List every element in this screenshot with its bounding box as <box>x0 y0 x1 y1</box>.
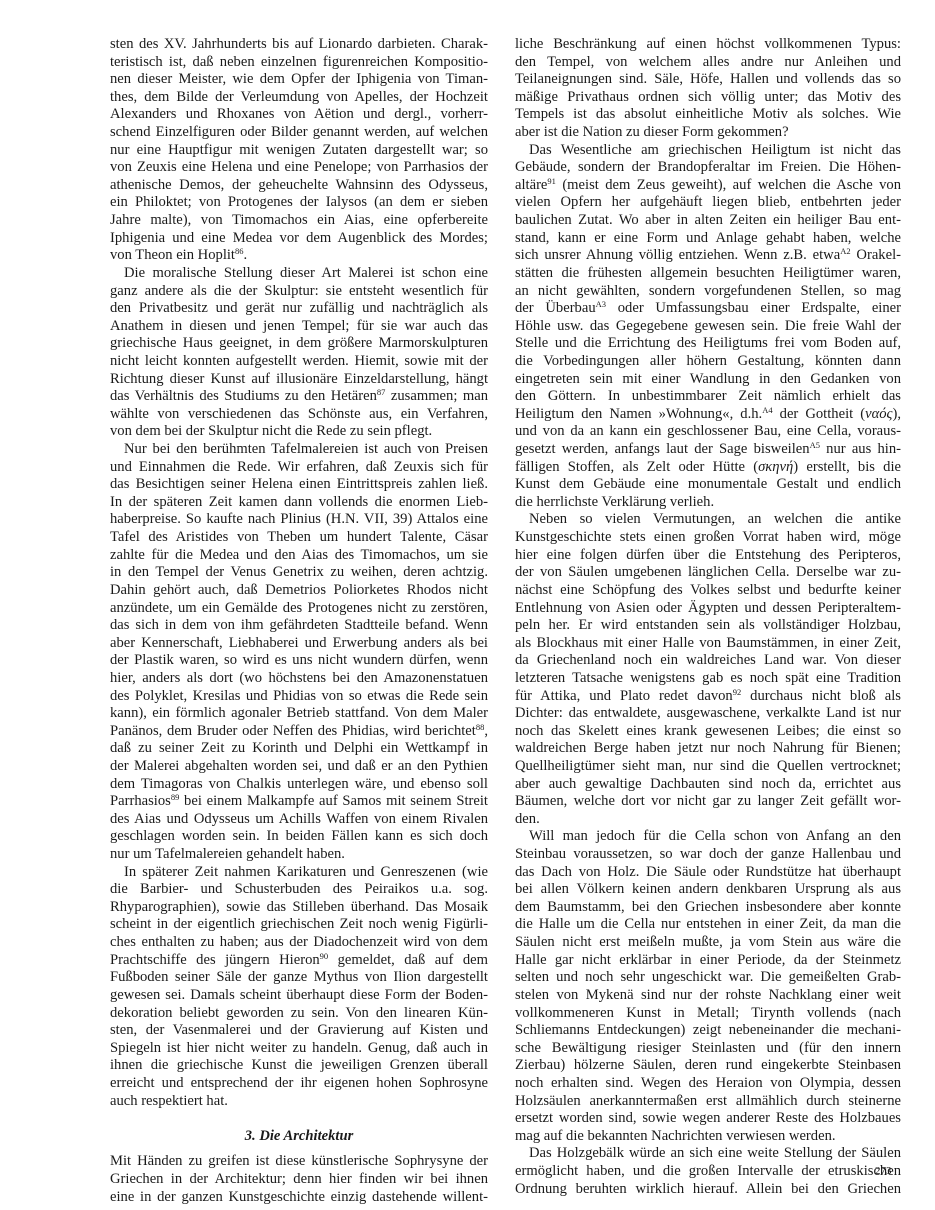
text-line: des Aias und Odysseus um Achills Waffen … <box>110 811 488 829</box>
text-line: Quellheiligtümer sieht man, nur sind die… <box>515 758 901 776</box>
line-text: gesetzt werden, anfangs laut der Sage bi… <box>515 441 810 457</box>
text-line: vielen Opfern her aufgehäuft liegen blie… <box>515 194 901 212</box>
text-line: den Tempel, von welchem alles andre nur … <box>515 54 901 72</box>
line-text: ganz andere als die der Skulptur: sie en… <box>110 283 488 299</box>
text-line: mag auf die bekannten Nachrichten verwie… <box>515 1128 901 1146</box>
text-line: Will man jedoch für die Cella schon von … <box>515 828 901 846</box>
text-line: Entlehnung von Asien oder Ägypten und de… <box>515 600 901 618</box>
line-text: von dem bei der Skulptur nicht die Rede … <box>110 423 432 439</box>
line-text: noch erhalten sind. Wegen des Heraion vo… <box>515 1075 901 1091</box>
text-line: Kunst dem Gebäude eine monumentale Gesta… <box>515 476 901 494</box>
text-line: Holzsäulen anerkanntermaßen erst allmähl… <box>515 1093 901 1111</box>
text-line: Spiegeln ist hier nicht weiter zu handel… <box>110 1040 488 1058</box>
line-text: Halle gar nicht erklärbar in einer Perio… <box>515 952 901 968</box>
line-text: altäre <box>515 177 547 193</box>
text-line: eingetreten sein mit einer Wandlung in d… <box>515 371 901 389</box>
text-line: aber auch gewaltige Dachbauten sind noch… <box>515 776 901 794</box>
text-line: hier eine folgen dürfen über die Entsteh… <box>515 547 901 565</box>
text-line: den. <box>515 811 901 829</box>
line-text-continued: durchaus nicht bloß als <box>741 688 901 704</box>
text-line: Iphigenia und eine Medea vor dem Augenbl… <box>110 230 488 248</box>
line-text: erreicht und entsprechend der ihr eigene… <box>110 1075 488 1091</box>
line-text: thes, dem Bilde der Verleumdung von Apel… <box>110 89 488 105</box>
line-text: liche Beschränkung auf einen höchst voll… <box>515 36 901 52</box>
line-text: sche Bewältigung riesiger Steinlasten un… <box>515 1040 901 1056</box>
text-line: fälligen Stoffen, als Zelt oder Hütte (σ… <box>515 459 901 477</box>
text-line: stand, kann er eine Form und Anlage geha… <box>515 230 901 248</box>
line-text: zahlte für die Medea und den Aias des Ti… <box>110 547 488 563</box>
line-text-continued: zusammen; man <box>385 388 488 404</box>
line-text: in den Tempel der Venus Genetrix zu weih… <box>110 564 488 580</box>
line-text: Dichter: das entwaldete, ausgewaschene, … <box>515 705 901 721</box>
text-line: Dahin gehört auch, daß Demetrios Poliork… <box>110 582 488 600</box>
text-line: den Göttern. In unbestimmbarer Zeit näml… <box>515 388 901 406</box>
section-heading: 3. Die Architektur <box>110 1128 488 1146</box>
line-text: aber auch gewaltige Dachbauten sind noch… <box>515 776 901 792</box>
line-text: das Besichtigen seiner Helena einen Eint… <box>110 476 488 492</box>
line-text: teristisch ist, daß neben einzelnen figu… <box>110 54 488 70</box>
line-text: Stelle und die Errichtung des Heiligtums… <box>515 335 901 351</box>
text-line: Schliemanns Entdeckungen) zeigt nebenein… <box>515 1022 901 1040</box>
footnote-marker: A2 <box>840 246 850 256</box>
text-line: erreicht und entsprechend der ihr eigene… <box>110 1075 488 1093</box>
text-line: und Einnahmen die Rede. Wir erfahren, da… <box>110 459 488 477</box>
line-text: waldreichen Berge haben jetzt nur noch N… <box>515 740 901 756</box>
line-text: Säulen nicht erst meißeln mußte, ja vom … <box>515 934 901 950</box>
line-text: nächst eine Schöpfung des Volkes selbst … <box>515 582 901 598</box>
line-text-continued: , <box>484 723 488 739</box>
line-text: aber ist die Nation zu dieser Form gekom… <box>515 124 789 140</box>
text-line: baulichen Zutat. Wo aber in alten Zeiten… <box>515 212 901 230</box>
line-text: Höhle usw. das Gegegebene gewesen sein. … <box>515 318 901 334</box>
text-line: schend Einzelfiguren oder Bilder genannt… <box>110 124 488 142</box>
text-line: dem Baumstamm, bei den Griechen insbeson… <box>515 899 901 917</box>
text-line: nur eine Hauptfigur mit wenigen Zutaten … <box>110 142 488 160</box>
text-line: bei allen Völkern keinen andern denkbare… <box>515 881 901 899</box>
text-line: thes, dem Bilde der Verleumdung von Apel… <box>110 89 488 107</box>
line-text-continued: . <box>243 247 247 263</box>
line-text: Anathem in diesen und jenen Tempel; für … <box>110 318 488 334</box>
text-line: gesetzt werden, anfangs laut der Sage bi… <box>515 441 901 459</box>
text-line: dem Timagoras von Chalkis unterlegen wär… <box>110 776 488 794</box>
text-line: von Theon ein Hoplit86. <box>110 247 488 265</box>
line-text: Griechen in der Architektur; denn hier f… <box>110 1171 488 1187</box>
line-text: gewesen sei. Damals scheint überhaupt di… <box>110 987 488 1003</box>
text-line: In der späteren Zeit kamen dann vollends… <box>110 494 488 512</box>
text-line: Teilaneignungen sind. Säle, Höfe, Hallen… <box>515 71 901 89</box>
line-text: Das Wesentliche am griechischen Heiligtu… <box>529 142 901 158</box>
line-text: aber Kennerschaft, Liebhaberei und Erwer… <box>110 635 488 651</box>
text-line: Säulen nicht erst meißeln mußte, ja vom … <box>515 934 901 952</box>
text-line: nächst eine Schöpfung des Volkes selbst … <box>515 582 901 600</box>
text-line: selten und noch sehr ungeschickt war. Di… <box>515 969 901 987</box>
text-line: Fußboden seiner Säle der ganze Mythus vo… <box>110 969 488 987</box>
page-number: 273 <box>875 1165 892 1177</box>
line-text: den. <box>515 811 540 827</box>
line-text: hier, anders als dort (wo höchstens bei … <box>110 670 488 686</box>
line-text: schend Einzelfiguren oder Bilder genannt… <box>110 124 488 140</box>
line-text: ches enthalten zu haben; aus der Diadoch… <box>110 934 488 950</box>
text-line: Jahre malte), von Timomachos ein Aias, e… <box>110 212 488 230</box>
text-line: Steinbau voraussetzen, so war doch der g… <box>515 846 901 864</box>
line-text: haberpreise. So kaufte nach Plinius (H.N… <box>110 511 488 527</box>
line-text: letzteren Tatsache wenigstens gab es noc… <box>515 670 901 686</box>
line-text: wählte von verschiedenen das Schönste au… <box>110 406 488 422</box>
line-text: Kunst dem Gebäude eine monumentale Gesta… <box>515 476 901 492</box>
line-text: sich unsrer Ahnung völlig entziehen. Wen… <box>515 247 840 263</box>
text-line: ganz andere als die der Skulptur: sie en… <box>110 283 488 301</box>
text-line: Parrhasios89 bei einem Malkampfe auf Sam… <box>110 793 488 811</box>
line-text: das Dach von Holz. Die Säule oder Rundst… <box>515 864 901 880</box>
text-line: waldreichen Berge haben jetzt nur noch N… <box>515 740 901 758</box>
text-line: der ÜberbauA3 oder Umfassungsbau einer E… <box>515 300 901 318</box>
right-column: liche Beschränkung auf einen höchst voll… <box>515 36 901 1198</box>
text-line: stätten die frühesten allgemein besuchte… <box>515 265 901 283</box>
line-text: nur um Tafelmalereien gehandelt haben. <box>110 846 345 862</box>
line-text: anzündete, um ein Gemälde des Protogenes… <box>110 600 488 616</box>
line-text: der Malerei abgehalten worden sei, und d… <box>110 758 488 774</box>
line-text: bei allen Völkern keinen andern denkbare… <box>515 881 901 897</box>
text-line: Griechen in der Architektur; denn hier f… <box>110 1171 488 1189</box>
line-text: Mit Händen zu greifen ist diese künstler… <box>110 1153 488 1169</box>
text-line: das Dach von Holz. Die Säule oder Rundst… <box>515 864 901 882</box>
line-text-continued: nur aus hin- <box>820 441 901 457</box>
text-line: ein Philoktet; von Protogenes der Ialyso… <box>110 194 488 212</box>
line-text: baulichen Zutat. Wo aber in alten Zeiten… <box>515 212 901 228</box>
footnote-marker: 90 <box>320 951 329 961</box>
text-line: das sich in dem von ihm gefährdeten Stad… <box>110 617 488 635</box>
line-text: Bäumen, welche dort vor nicht gar zu lan… <box>515 793 901 809</box>
line-text: den Privatbesitz und gerät nur zufällig … <box>110 300 488 316</box>
line-text: die Barbier- und Schusterbuden des Peira… <box>110 881 488 897</box>
line-text-continued: ), <box>892 406 901 422</box>
text-line: da Griechenland noch ein waldreiches Lan… <box>515 652 901 670</box>
line-text: stätten die frühesten allgemein besuchte… <box>515 265 901 281</box>
line-text: vielen Opfern her aufgehäuft liegen blie… <box>515 194 901 210</box>
line-text: Tempels ist das absolut einheitliche Mot… <box>515 106 901 122</box>
line-text: Ordnung beruhten wirklich hierauf. Allei… <box>515 1181 901 1197</box>
text-line: peln her. Er wird entstanden sein als vo… <box>515 617 901 635</box>
line-text: ein Philoktet; von Protogenes der Ialyso… <box>110 194 488 210</box>
line-text: Kunstgeschichte stets einen großen Vorra… <box>515 529 901 545</box>
greek-term: ναός <box>865 406 892 422</box>
text-line: Alexanders und Rhoxanes von Aëtion und d… <box>110 106 488 124</box>
line-text: stand, kann er eine Form und Anlage geha… <box>515 230 901 246</box>
text-line: noch das Skelett eines krank gewesenen L… <box>515 723 901 741</box>
line-text: nur eine Hauptfigur mit wenigen Zutaten … <box>110 142 488 158</box>
text-line: von dem bei der Skulptur nicht die Rede … <box>110 423 488 441</box>
line-text-continued: (meist dem Zeus geweiht), auf welchen di… <box>556 177 901 193</box>
text-line: gewesen sei. Damals scheint überhaupt di… <box>110 987 488 1005</box>
line-text: ermöglicht haben, und die großen Interva… <box>515 1163 901 1179</box>
text-line: sich unsrer Ahnung völlig entziehen. Wen… <box>515 247 901 265</box>
text-line: den Privatbesitz und gerät nur zufällig … <box>110 300 488 318</box>
line-text-continued: gemeldet, daß auf dem <box>328 952 488 968</box>
spacer <box>110 1145 488 1153</box>
text-line: Neben so vielen Vermutungen, an welchen … <box>515 511 901 529</box>
text-line: der von Säulen umgebenen länglichen Cell… <box>515 564 901 582</box>
text-line: hier, anders als dort (wo höchstens bei … <box>110 670 488 688</box>
text-line: dekoration beliebt geworden zu sein. Von… <box>110 1005 488 1023</box>
line-text: den Göttern. In unbestimmbarer Zeit näml… <box>515 388 901 404</box>
line-text: In der späteren Zeit kamen dann vollends… <box>110 494 488 510</box>
text-line: nen dieser Meister, wie dem Opfer der Ip… <box>110 71 488 89</box>
line-text: fälligen Stoffen, als Zelt oder Hütte ( <box>515 459 758 475</box>
line-text: stelen von Mykenä sind nur der rohste Na… <box>515 987 901 1003</box>
line-text: kann), ein förmlich agonaler Betrieb sta… <box>110 705 488 721</box>
line-text: dem Baumstamm, bei den Griechen insbeson… <box>515 899 901 915</box>
text-line: zahlte für die Medea und den Aias des Ti… <box>110 547 488 565</box>
text-line: Tempels ist das absolut einheitliche Mot… <box>515 106 901 124</box>
text-line: ches enthalten zu haben; aus der Diadoch… <box>110 934 488 952</box>
line-text: des Aias und Odysseus um Achills Waffen … <box>110 811 488 827</box>
text-line: die herrlichste Verklärung verlieh. <box>515 494 901 512</box>
line-text: geschlagen worden sein. In beiden Fällen… <box>110 828 488 844</box>
text-line: haberpreise. So kaufte nach Plinius (H.N… <box>110 511 488 529</box>
line-text: Gebäude, sondern der Brandopferaltar im … <box>515 159 901 175</box>
text-line: noch erhalten sind. Wegen des Heraion vo… <box>515 1075 901 1093</box>
text-line: wählte von verschiedenen das Schönste au… <box>110 406 488 424</box>
text-line: Prachtschiffe des jüngern Hieron90 gemel… <box>110 952 488 970</box>
text-line: ermöglicht haben, und die großen Interva… <box>515 1163 901 1181</box>
text-line: des Polyklet, Kresilas und Phidias von s… <box>110 688 488 706</box>
line-text: Iphigenia und eine Medea vor dem Augenbl… <box>110 230 488 246</box>
line-text: athenische Demos, der geheuchelte Wahnsi… <box>110 177 488 193</box>
line-text: Tafel des Aristides von Theben um hunder… <box>110 529 488 545</box>
line-text: ihnen die griechische Kunst die jeweilig… <box>110 1057 488 1073</box>
line-text: nen dieser Meister, wie dem Opfer der Ip… <box>110 71 488 87</box>
line-text: noch das Skelett eines krank gewesenen L… <box>515 723 901 739</box>
line-text: Quellheiligtümer sieht man, nur sind die… <box>515 758 901 774</box>
left-column: sten des XV. Jahrhunderts bis auf Lionar… <box>110 36 488 1206</box>
line-text: Will man jedoch für die Cella schon von … <box>529 828 901 844</box>
line-text: Prachtschiffe des jüngern Hieron <box>110 952 320 968</box>
line-text: für Attika, und Plato redet davon <box>515 688 733 704</box>
line-text: vollkommeneren Kunst in Metall; Tirynth … <box>515 1005 901 1021</box>
text-line: das Besichtigen seiner Helena einen Eint… <box>110 476 488 494</box>
text-line: anzündete, um ein Gemälde des Protogenes… <box>110 600 488 618</box>
line-text: Alexanders und Rhoxanes von Aëtion und d… <box>110 106 488 122</box>
line-text: die Vorbedingungen aller höhern Gestaltu… <box>515 353 901 369</box>
line-text-continued: Orakel- <box>851 247 901 263</box>
text-line: kann), ein förmlich agonaler Betrieb sta… <box>110 705 488 723</box>
line-text: der Plastik waren, so wird es uns nicht … <box>110 652 488 668</box>
line-text: und von da an kann ein geschlossener Bau… <box>515 423 901 439</box>
text-line: Zierbau) hölzerne Säulen, deren rund ein… <box>515 1057 901 1075</box>
footnote-marker: A4 <box>762 405 772 415</box>
footnote-marker: 91 <box>547 176 556 186</box>
line-text: da Griechenland noch ein waldreiches Lan… <box>515 652 901 668</box>
text-line: an nicht gewählten, sondern vorgefundene… <box>515 283 901 301</box>
line-text: Das Holzgebälk würde an sich eine weite … <box>529 1145 901 1161</box>
text-line: der Plastik waren, so wird es uns nicht … <box>110 652 488 670</box>
spacer <box>110 1110 488 1128</box>
line-text: Jahre malte), von Timomachos ein Aias, e… <box>110 212 488 228</box>
line-text: sten, der Vasenmalerei und der Gravierun… <box>110 1022 488 1038</box>
line-text: eine in der ganzen Kunstgeschichte einzi… <box>110 1189 488 1205</box>
text-line: letzteren Tatsache wenigstens gab es noc… <box>515 670 901 688</box>
greek-term: σκηνή <box>758 459 793 475</box>
text-line: vollkommeneren Kunst in Metall; Tirynth … <box>515 1005 901 1023</box>
text-line: Halle gar nicht erklärbar in einer Perio… <box>515 952 901 970</box>
line-text-continued: oder Umfassungsbau einer Erdspalte, eine… <box>606 300 901 316</box>
line-text-continued: bei einem Malkampfe auf Samos mit seinem… <box>179 793 488 809</box>
text-line: Das Holzgebälk würde an sich eine weite … <box>515 1145 901 1163</box>
text-line: von Zeuxis eine Helena und eine Penelope… <box>110 159 488 177</box>
text-line: auch respektiert hat. <box>110 1093 488 1111</box>
footnote-marker: A5 <box>810 440 820 450</box>
text-line: der Malerei abgehalten worden sei, und d… <box>110 758 488 776</box>
line-text: an nicht gewählten, sondern vorgefundene… <box>515 283 901 299</box>
line-text: Panänos, dem Bruder oder Neffen des Phid… <box>110 723 476 739</box>
text-line: aber ist die Nation zu dieser Form gekom… <box>515 124 901 142</box>
text-line: Heiligtum den Namen »Wohnung«, d.h.A4 de… <box>515 406 901 424</box>
text-line: daß zu seiner Zeit zu Korinth und Delphi… <box>110 740 488 758</box>
text-line: als Blockhaus mit einer Halle von Baumst… <box>515 635 901 653</box>
line-text: das Verhältnis des Studiums zu den Hetär… <box>110 388 377 404</box>
text-line: Bäumen, welche dort vor nicht gar zu lan… <box>515 793 901 811</box>
line-text: Fußboden seiner Säle der ganze Mythus vo… <box>110 969 488 985</box>
text-line: Die moralische Stellung dieser Art Maler… <box>110 265 488 283</box>
line-text: Rhyparographien), sowie das Stilleben üb… <box>110 899 488 915</box>
line-text: selten und noch sehr ungeschickt war. Di… <box>515 969 901 985</box>
line-text: daß zu seiner Zeit zu Korinth und Delphi… <box>110 740 488 756</box>
text-line: Tafel des Aristides von Theben um hunder… <box>110 529 488 547</box>
text-line: altäre91 (meist dem Zeus geweiht), auf w… <box>515 177 901 195</box>
text-line: sten des XV. Jahrhunderts bis auf Lionar… <box>110 36 488 54</box>
text-line: Rhyparographien), sowie das Stilleben üb… <box>110 899 488 917</box>
text-line: Richtung dieser Kunst auf illusionäre Ei… <box>110 371 488 389</box>
line-text: Parrhasios <box>110 793 171 809</box>
text-line: geschlagen worden sein. In beiden Fällen… <box>110 828 488 846</box>
line-text: von Zeuxis eine Helena und eine Penelope… <box>110 159 488 175</box>
line-text: Schliemanns Entdeckungen) zeigt nebenein… <box>515 1022 901 1038</box>
text-line: athenische Demos, der geheuchelte Wahnsi… <box>110 177 488 195</box>
line-text: dem Timagoras von Chalkis unterlegen wär… <box>110 776 488 792</box>
line-text: Steinbau voraussetzen, so war doch der g… <box>515 846 901 862</box>
text-line: In späterer Zeit nahmen Karikaturen und … <box>110 864 488 882</box>
line-text: sten des XV. Jahrhunderts bis auf Lionar… <box>110 36 488 52</box>
line-text: Dahin gehört auch, daß Demetrios Poliork… <box>110 582 488 598</box>
line-text: auch respektiert hat. <box>110 1093 228 1109</box>
line-text: Neben so vielen Vermutungen, an welchen … <box>529 511 901 527</box>
text-line: Höhle usw. das Gegegebene gewesen sein. … <box>515 318 901 336</box>
text-line: sche Bewältigung riesiger Steinlasten un… <box>515 1040 901 1058</box>
text-line: Panänos, dem Bruder oder Neffen des Phid… <box>110 723 488 741</box>
text-line: Mit Händen zu greifen ist diese künstler… <box>110 1153 488 1171</box>
text-line: die Halle um die Cella nur entstehen in … <box>515 916 901 934</box>
line-text: In späterer Zeit nahmen Karikaturen und … <box>124 864 488 880</box>
text-line: ersetzt worden sind, sowie wegen anderer… <box>515 1110 901 1128</box>
text-line: Ordnung beruhten wirklich hierauf. Allei… <box>515 1181 901 1199</box>
line-text: Richtung dieser Kunst auf illusionäre Ei… <box>110 371 488 387</box>
text-line: Nur bei den berühmten Tafelmalereien ist… <box>110 441 488 459</box>
line-text: eingetreten sein mit einer Wandlung in d… <box>515 371 901 387</box>
text-line: Gebäude, sondern der Brandopferaltar im … <box>515 159 901 177</box>
text-line: teristisch ist, daß neben einzelnen figu… <box>110 54 488 72</box>
line-text: Die moralische Stellung dieser Art Maler… <box>124 265 488 281</box>
text-line: Das Wesentliche am griechischen Heiligtu… <box>515 142 901 160</box>
line-text: Heiligtum den Namen »Wohnung«, d.h. <box>515 406 762 422</box>
text-line: ihnen die griechische Kunst die jeweilig… <box>110 1057 488 1075</box>
text-line: Stelle und die Errichtung des Heiligtums… <box>515 335 901 353</box>
text-line: eine in der ganzen Kunstgeschichte einzi… <box>110 1189 488 1207</box>
line-text: und Einnahmen die Rede. Wir erfahren, da… <box>110 459 488 475</box>
line-text: den Tempel, von welchem alles andre nur … <box>515 54 901 70</box>
line-text: Entlehnung von Asien oder Ägypten und de… <box>515 600 901 616</box>
text-line: und von da an kann ein geschlossener Bau… <box>515 423 901 441</box>
text-line: sten, der Vasenmalerei und der Gravierun… <box>110 1022 488 1040</box>
line-text: griechische Haus geeignet, in dem größer… <box>110 335 488 351</box>
line-text: mag auf die bekannten Nachrichten verwie… <box>515 1128 836 1144</box>
footnote-marker: A3 <box>596 299 606 309</box>
line-text: hier eine folgen dürfen über die Entsteh… <box>515 547 901 563</box>
line-text: mäßige Privathaus ordnen sich völlig unt… <box>515 89 901 105</box>
line-text: das sich in dem von ihm gefährdeten Stad… <box>110 617 488 633</box>
text-line: stelen von Mykenä sind nur der rohste Na… <box>515 987 901 1005</box>
text-line: liche Beschränkung auf einen höchst voll… <box>515 36 901 54</box>
line-text-continued: der Gottheit ( <box>773 406 866 422</box>
line-text: des Polyklet, Kresilas und Phidias von s… <box>110 688 488 704</box>
text-line: aber Kennerschaft, Liebhaberei und Erwer… <box>110 635 488 653</box>
text-line: die Vorbedingungen aller höhern Gestaltu… <box>515 353 901 371</box>
text-line: Kunstgeschichte stets einen großen Vorra… <box>515 529 901 547</box>
text-line: nur um Tafelmalereien gehandelt haben. <box>110 846 488 864</box>
text-line: in den Tempel der Venus Genetrix zu weih… <box>110 564 488 582</box>
line-text: der Überbau <box>515 300 596 316</box>
line-text: als Blockhaus mit einer Halle von Baumst… <box>515 635 901 651</box>
text-line: mäßige Privathaus ordnen sich völlig unt… <box>515 89 901 107</box>
line-text: von Theon ein Hoplit <box>110 247 235 263</box>
text-line: griechische Haus geeignet, in dem größer… <box>110 335 488 353</box>
line-text: peln her. Er wird entstanden sein als vo… <box>515 617 901 633</box>
line-text: Nur bei den berühmten Tafelmalereien ist… <box>124 441 488 457</box>
text-line: die Barbier- und Schusterbuden des Peira… <box>110 881 488 899</box>
footnote-marker: 92 <box>733 687 742 697</box>
line-text: Spiegeln ist hier nicht weiter zu handel… <box>110 1040 488 1056</box>
line-text: nicht leicht konnten aufgestellt werden.… <box>110 353 488 369</box>
line-text: Holzsäulen anerkanntermaßen erst allmähl… <box>515 1093 901 1109</box>
text-line: Dichter: das entwaldete, ausgewaschene, … <box>515 705 901 723</box>
text-line: für Attika, und Plato redet davon92 durc… <box>515 688 901 706</box>
line-text: ersetzt worden sind, sowie wegen anderer… <box>515 1110 901 1126</box>
line-text: scheint in der eigentlich griechischen Z… <box>110 916 488 932</box>
line-text: die herrlichste Verklärung verlieh. <box>515 494 714 510</box>
line-text: Zierbau) hölzerne Säulen, deren rund ein… <box>515 1057 901 1073</box>
text-line: Anathem in diesen und jenen Tempel; für … <box>110 318 488 336</box>
text-line: nicht leicht konnten aufgestellt werden.… <box>110 353 488 371</box>
text-line: das Verhältnis des Studiums zu den Hetär… <box>110 388 488 406</box>
line-text: dekoration beliebt geworden zu sein. Von… <box>110 1005 488 1021</box>
line-text: Teilaneignungen sind. Säle, Höfe, Hallen… <box>515 71 901 87</box>
line-text: die Halle um die Cella nur entstehen in … <box>515 916 901 932</box>
line-text-continued: ) erstellt, bis die <box>793 459 901 475</box>
text-line: scheint in der eigentlich griechischen Z… <box>110 916 488 934</box>
line-text: der von Säulen umgebenen länglichen Cell… <box>515 564 901 580</box>
